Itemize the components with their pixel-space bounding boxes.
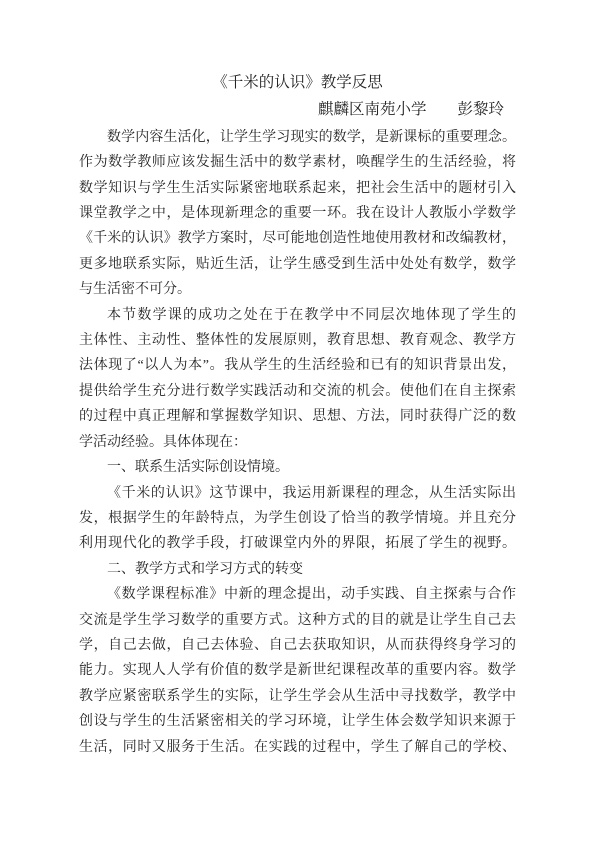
text-line: 生活，同时又服务于生活。在实践的过程中，学生了解自己的学校、 [79, 735, 516, 760]
paragraph: 数学内容生活化，让学生学习现实的数学，是新课标的重要理念。作为数学教师应该发掘生… [79, 125, 516, 303]
paragraph: 一、联系生活实际创设情境。 [79, 455, 516, 480]
text-line: 本节数学课的成功之处在于在教学中不同层次地体现了学生的 [79, 303, 516, 328]
byline-school: 麒麟区南苑小学 [318, 101, 427, 118]
paragraph: 二、教学方式和学习方式的转变 [79, 557, 516, 582]
paragraph: 《数学课程标准》中新的理念提出，动手实践、自主探索与合作交流是学生学习数学的重要… [79, 582, 516, 760]
text-line: 教学应紧密联系学生的实际，让学生学会从生活中寻找数学，教学中 [79, 684, 516, 709]
text-line: 的过程中真正理解和掌握数学知识、思想、方法，同时获得广泛的数 [79, 404, 516, 429]
text-line: 与生活密不可分。 [79, 277, 516, 302]
text-line: 一、联系生活实际创设情境。 [79, 455, 516, 480]
text-line: 学活动经验。具体体现在： [79, 430, 516, 455]
paragraph: 本节数学课的成功之处在于在教学中不同层次地体现了学生的主体性、主动性、整体性的发… [79, 303, 516, 455]
text-line: 更多地联系实际，贴近生活，让学生感受到生活中处处有数学，数学 [79, 252, 516, 277]
text-line: 发，根据学生的年龄特点，为学生创设了恰当的教学情境。并且充分 [79, 506, 516, 531]
text-line: 《数学课程标准》中新的理念提出，动手实践、自主探索与合作 [79, 582, 516, 607]
text-line: 提供给学生充分进行数学实践活动和交流的机会。使他们在自主探索 [79, 379, 516, 404]
text-line: 数学内容生活化，让学生学习现实的数学，是新课标的重要理念。 [79, 125, 516, 150]
text-line: 学，自己去做，自己去体验、自己去获取知识，从而获得终身学习的 [79, 633, 516, 658]
text-line: 法体现了“以人为本”。我从学生的生活经验和已有的知识背景出发， [79, 353, 516, 378]
text-line: 利用现代化的教学手段，打破课堂内外的界限，拓展了学生的视野。 [79, 531, 516, 556]
text-line: 《千米的认识》教学方案时，尽可能地创造性地使用教材和改编教材， [79, 226, 516, 251]
text-line: 能力。实现人人学有价值的数学是新世纪课程改革的重要内容。数学 [79, 658, 516, 683]
document-page: 《千米的认识》教学反思 麒麟区南苑小学彭黎玲 数学内容生活化，让学生学习现实的数… [0, 0, 595, 842]
text-line: 课堂教学之中，是体现新理念的重要一环。我在设计人教版小学数学 [79, 201, 516, 226]
text-line: 交流是学生学习数学的重要方式。这种方式的目的就是让学生自己去 [79, 608, 516, 633]
document-title: 《千米的认识》教学反思 [79, 70, 516, 95]
byline-author: 彭黎玲 [457, 101, 504, 118]
text-line: 二、教学方式和学习方式的转变 [79, 557, 516, 582]
text-line: 主体性、主动性、整体性的发展原则，教育思想、教育观念、教学方 [79, 328, 516, 353]
document-byline: 麒麟区南苑小学彭黎玲 [79, 97, 516, 122]
document-content: 《千米的认识》教学反思 麒麟区南苑小学彭黎玲 数学内容生活化，让学生学习现实的数… [79, 0, 516, 760]
document-body: 数学内容生活化，让学生学习现实的数学，是新课标的重要理念。作为数学教师应该发掘生… [79, 125, 516, 760]
text-line: 数学知识与学生生活实际紧密地联系起来，把社会生活中的题材引入 [79, 176, 516, 201]
text-line: 创设与学生的生活紧密相关的学习环境，让学生体会数学知识来源于 [79, 709, 516, 734]
text-line: 《千米的认识》这节课中，我运用新课程的理念，从生活实际出 [79, 481, 516, 506]
paragraph: 《千米的认识》这节课中，我运用新课程的理念，从生活实际出发，根据学生的年龄特点，… [79, 481, 516, 557]
text-line: 作为数学教师应该发掘生活中的数学素材，唤醒学生的生活经验，将 [79, 150, 516, 175]
